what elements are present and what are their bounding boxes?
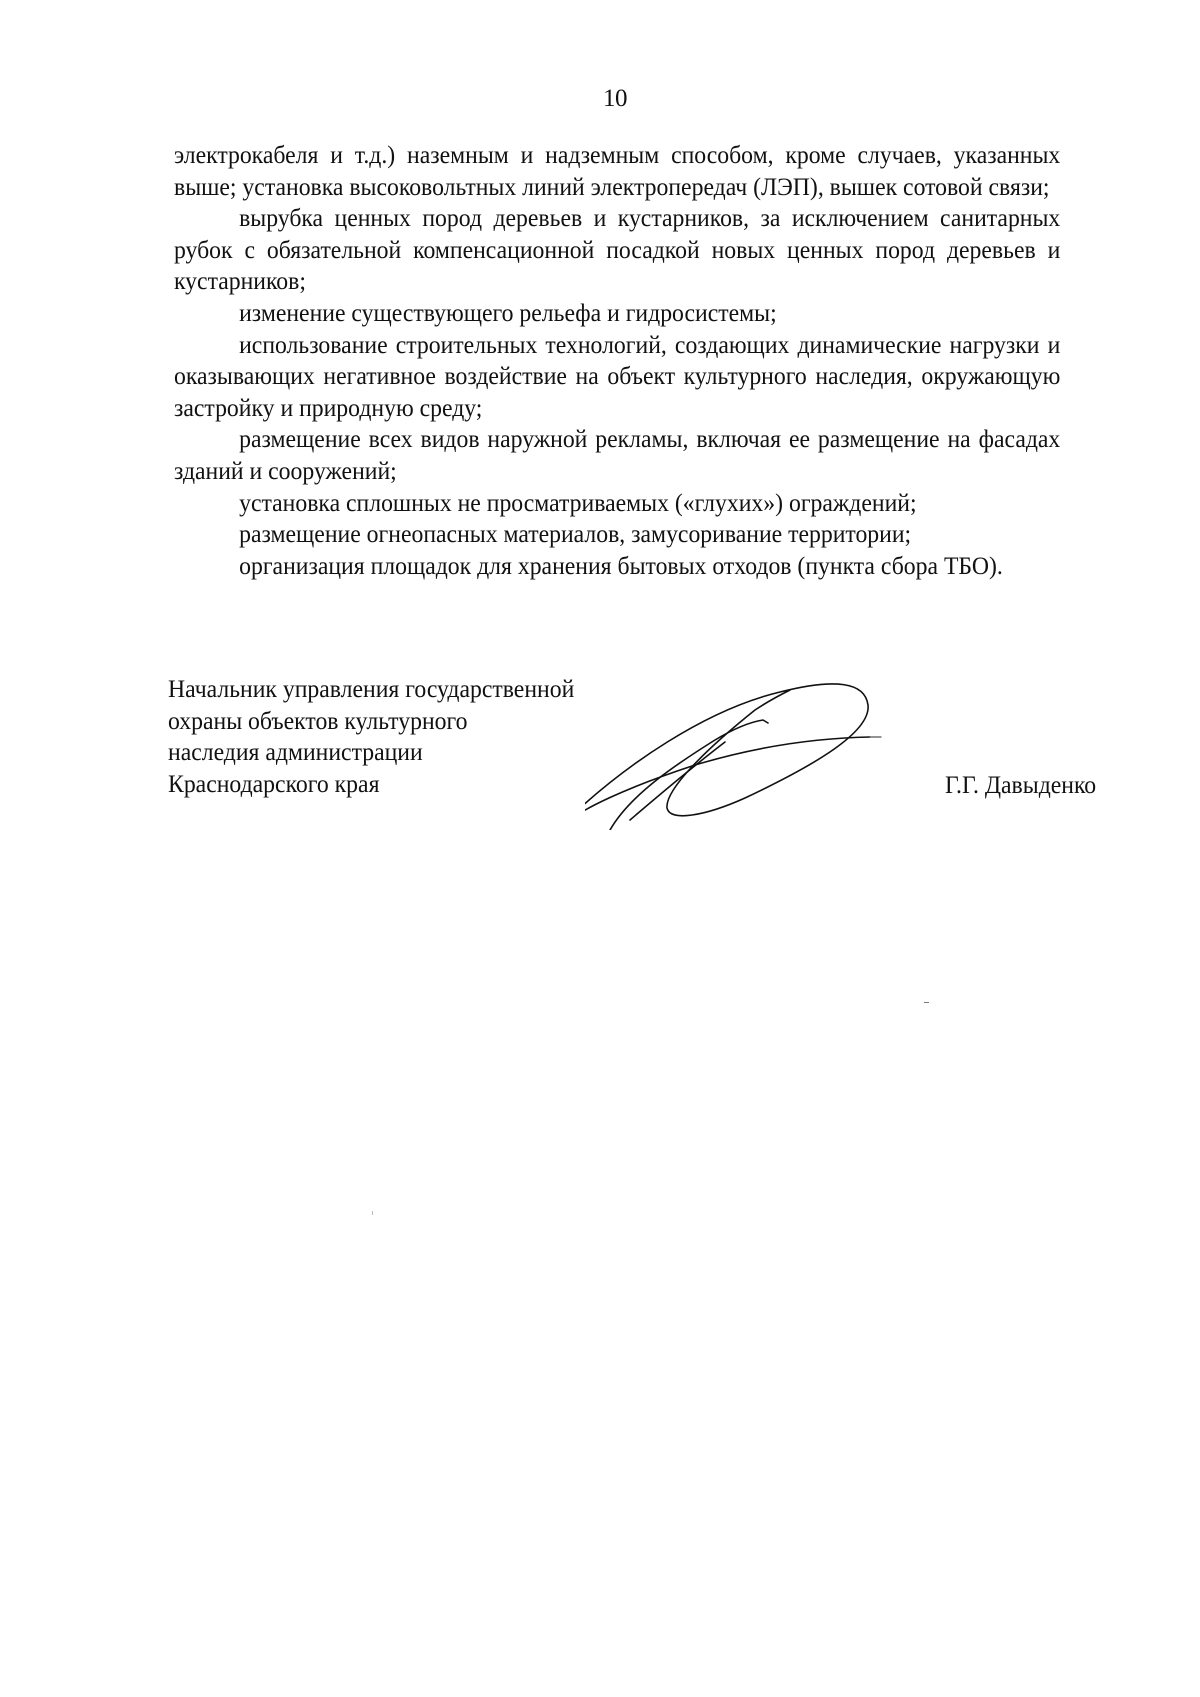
list-item: изменение существующего рельефа и гидрос… bbox=[174, 297, 1060, 329]
position-line: охраны объектов культурного bbox=[168, 705, 574, 737]
signer-name: Г.Г. Давыденко bbox=[945, 769, 1096, 801]
position-line: наследия администрации bbox=[168, 736, 574, 768]
handwritten-signature-icon bbox=[585, 670, 915, 830]
scan-artifact bbox=[372, 1211, 373, 1215]
signatory-position: Начальник управления государственной охр… bbox=[168, 673, 574, 799]
paragraph-continuation: электрокабеля и т.д.) наземным и надземн… bbox=[174, 139, 1060, 202]
scan-artifact bbox=[924, 1002, 929, 1003]
list-item: организация площадок для хранения бытовы… bbox=[174, 550, 1060, 582]
list-item: использование строительных технологий, с… bbox=[174, 329, 1060, 424]
list-item: вырубка ценных пород деревьев и кустарни… bbox=[174, 202, 1060, 297]
list-item: размещение всех видов наружной рекламы, … bbox=[174, 423, 1060, 486]
position-line: Начальник управления государственной bbox=[168, 673, 574, 705]
list-item: размещение огнеопасных материалов, замус… bbox=[174, 518, 1060, 550]
list-item: установка сплошных не просматриваемых («… bbox=[174, 487, 1060, 519]
document-page: 10 электрокабеля и т.д.) наземным и надз… bbox=[0, 0, 1200, 1697]
position-line: Краснодарского края bbox=[168, 768, 574, 800]
page-number: 10 bbox=[0, 84, 1200, 114]
document-body: электрокабеля и т.д.) наземным и надземн… bbox=[174, 139, 1060, 581]
